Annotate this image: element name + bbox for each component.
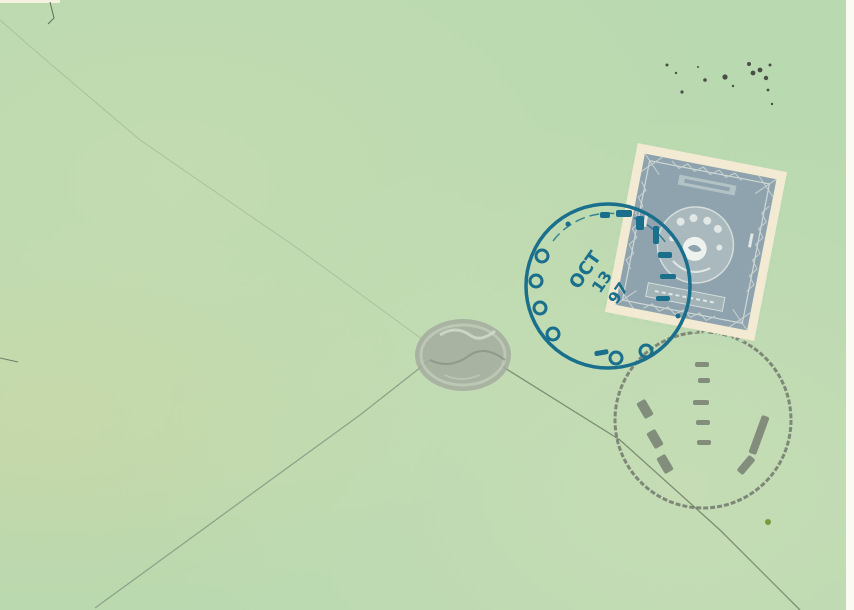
postmark-blue: OCT 13 97	[0, 0, 854, 610]
envelope-back: OCT 13 97	[0, 0, 854, 610]
